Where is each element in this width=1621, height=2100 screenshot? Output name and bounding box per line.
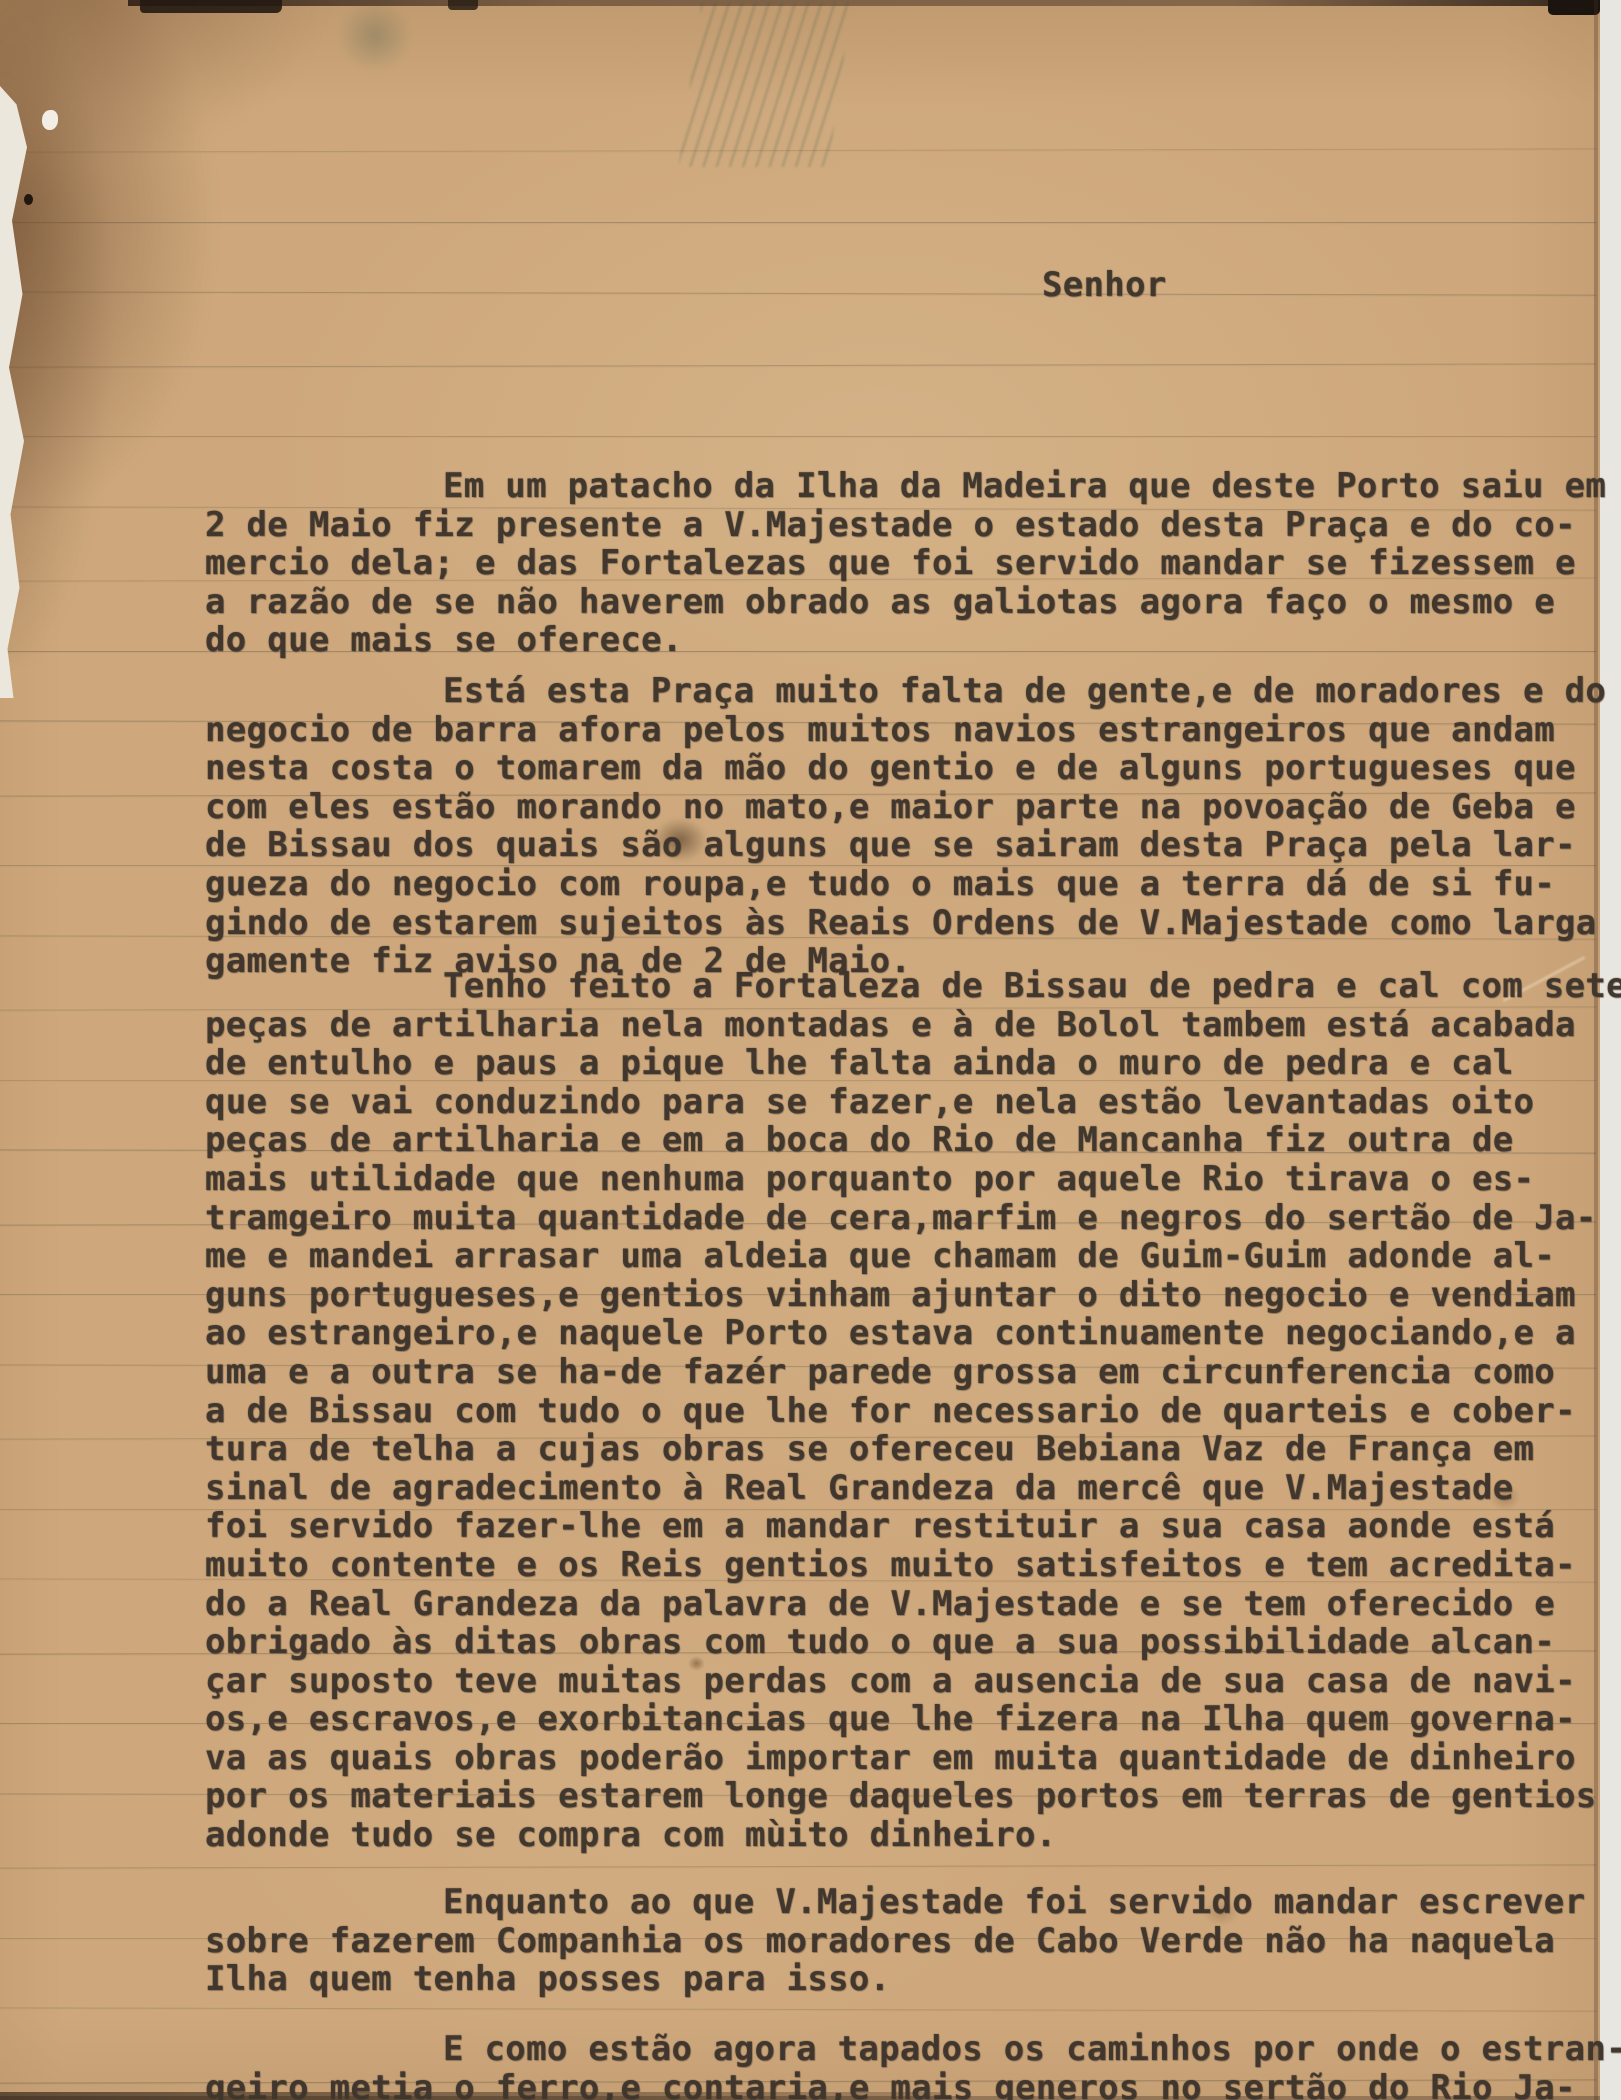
paragraph-4: Enquanto ao que V.Majestade foi servido … — [205, 1883, 1585, 1999]
paper-hole-spot — [42, 110, 58, 130]
top-edge-ink-blob — [448, 0, 478, 10]
paragraph-2: Está esta Praça muito falta de gente,e d… — [205, 672, 1606, 981]
scanned-letter-page: Senhor Em um patacho da Ilha da Madeira … — [0, 0, 1621, 2100]
top-edge-ink-blob — [1548, 0, 1600, 15]
ink-dot — [24, 194, 33, 205]
ruled-line — [0, 1864, 1596, 1869]
paragraph-1: Em um patacho da Ilha da Madeira que des… — [205, 467, 1606, 660]
paragraph-5: E como estão agora tapados os caminhos p… — [205, 2030, 1621, 2100]
green-pencil-smudge — [678, 2, 851, 167]
paragraph-3: Tenho feito a Fortaleza de Bissau de ped… — [205, 967, 1621, 1855]
salutation: Senhor — [1042, 266, 1167, 305]
ruled-line — [0, 2007, 1596, 2012]
top-edge-ink-blob — [140, 0, 282, 13]
green-pencil-smudge — [338, 0, 412, 72]
